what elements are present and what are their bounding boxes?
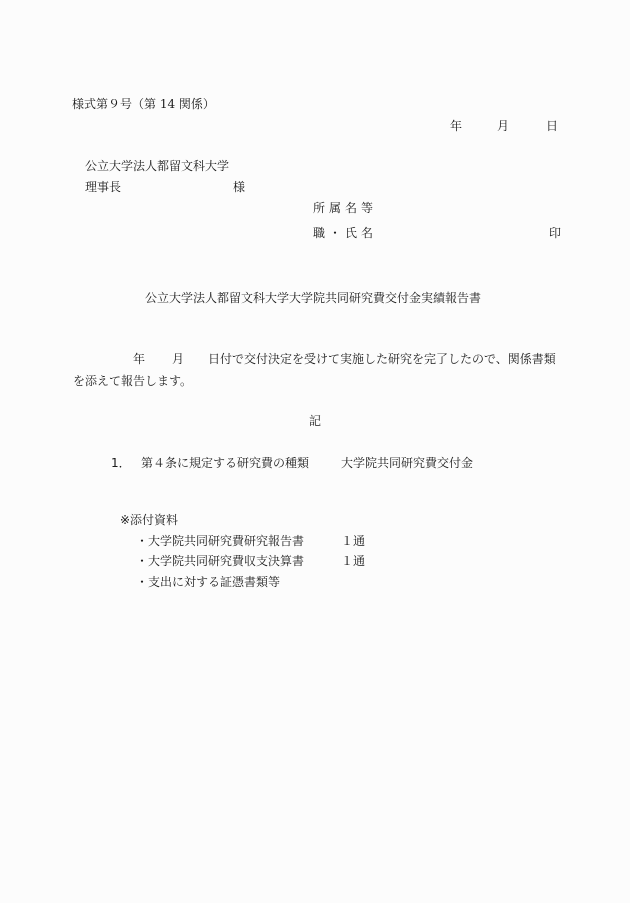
item1-value: 大学院共同研究費交付金 <box>341 455 473 471</box>
body-text-line2: を添えて報告します。 <box>73 373 192 389</box>
body-text-line1: 日付で交付決定を受けて実施した研究を完了したので、関係書類 <box>208 351 556 367</box>
attachment-item-label: ・大学院共同研究費研究報告書 <box>136 533 304 549</box>
seal-label: 印 <box>549 225 561 241</box>
affiliation-label: 所属名等 <box>313 200 377 216</box>
attachments-heading: ※添付資料 <box>120 512 178 528</box>
addressee-organization: 公立大学法人都留文科大学 <box>85 158 229 174</box>
item1-label: 第４条に規定する研究費の種類 <box>141 455 309 471</box>
attachment-item-count: １通 <box>341 533 365 549</box>
item1-number: 1． <box>111 455 131 471</box>
attachment-item-count: １通 <box>341 553 365 569</box>
form-number: 様式第９号（第 14 関係） <box>72 96 215 112</box>
document-title: 公立大学法人都留文科大学大学院共同研究費交付金実績報告書 <box>145 290 481 306</box>
body-month-label: 月 <box>172 351 184 367</box>
name-label: 職・氏名 <box>313 225 377 241</box>
attachment-item-label: ・大学院共同研究費収支決算書 <box>136 553 304 569</box>
date-year-label: 年 <box>450 118 462 134</box>
addressee-honorific: 様 <box>233 179 245 195</box>
addressee-title: 理事長 <box>85 179 121 195</box>
date-day-label: 日 <box>546 118 558 134</box>
attachment-item-label: ・支出に対する証憑書類等 <box>136 574 280 590</box>
body-year-label: 年 <box>133 351 145 367</box>
ki-label: 記 <box>309 413 321 429</box>
date-month-label: 月 <box>497 118 509 134</box>
